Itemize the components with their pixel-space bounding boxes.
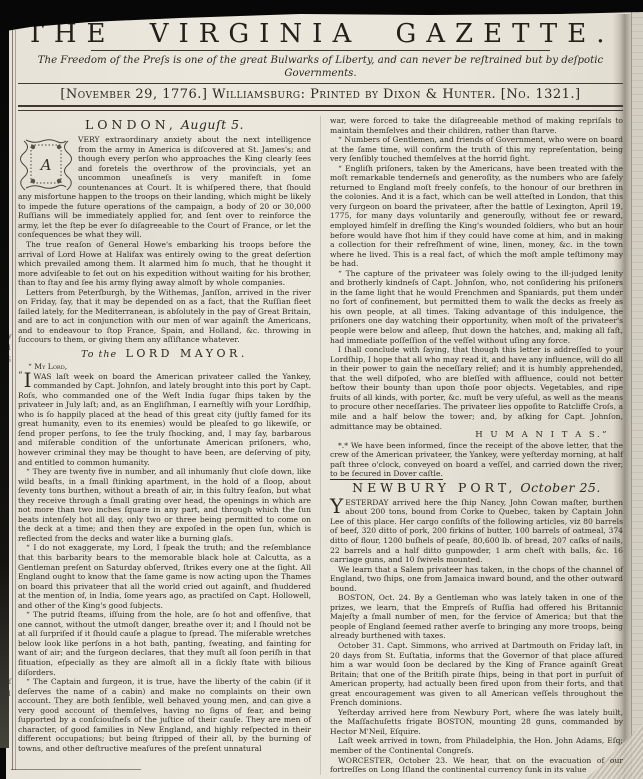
woodcut-initial-icon: A bbox=[18, 136, 74, 192]
printed-border-left bbox=[12, 28, 13, 770]
paragraph: “ IWAS laſt week on board the American p… bbox=[18, 372, 311, 467]
dateline-date: October 25. bbox=[520, 480, 601, 495]
rule-under-title bbox=[91, 50, 551, 51]
paragraph: October 31. Capt. Simmons, who arrived a… bbox=[330, 641, 623, 708]
paragraph: I ſhall conclude with ſaying, that thoug… bbox=[330, 345, 623, 431]
paragraph: war, were forced to take the diſagreeabl… bbox=[330, 116, 623, 135]
left-column: LONDON, Auguſt 5. bbox=[18, 116, 311, 775]
page-edge bbox=[631, 4, 643, 779]
lord-mayor-heading: To the LORD MAYOR. bbox=[18, 347, 311, 361]
right-column: war, were forced to take the diſagreeabl… bbox=[330, 116, 623, 775]
body-columns: LONDON, Auguſt 5. bbox=[18, 116, 623, 775]
paragraph: WORCESTER, October 23. We hear, that on … bbox=[330, 756, 623, 775]
underlined-phrase: to be ſecured in Dover caſtle. bbox=[330, 469, 443, 480]
newbury-port-heading: NEWBURY PORT, October 25. bbox=[330, 480, 623, 496]
dateline-date: Auguſt 5. bbox=[181, 117, 244, 132]
paragraph: “ Engliſh priſoners, taken by the Americ… bbox=[330, 164, 623, 269]
paragraph: We learn that a Salem privateer has take… bbox=[330, 565, 623, 594]
paragraph-text: *.* We have been informed, ſince the rec… bbox=[330, 441, 623, 469]
paragraph: “ I do not exaggerate, my Lord, I ſpeak … bbox=[18, 543, 311, 610]
double-rule bbox=[18, 105, 623, 111]
paragraph: A VERY extraordinary anxiety about the n… bbox=[18, 135, 311, 240]
dateline-place: LONDON, bbox=[85, 117, 177, 132]
letter-signature: H U M A N I T A S.” bbox=[330, 431, 623, 441]
scanner-background-left bbox=[0, 0, 9, 748]
masthead-dateline: [November 29, 1776.] Williamsburg: Print… bbox=[18, 87, 623, 102]
salutation: “ My Lord, bbox=[18, 362, 311, 372]
paragraph: “ The putrid ſteams, iſſuing from the ho… bbox=[18, 610, 311, 677]
heading-prefix: To the bbox=[81, 349, 117, 360]
paragraph-text: WAS laſt week on board the American priv… bbox=[18, 372, 311, 467]
paragraph: “ They are twenty five in number, and al… bbox=[18, 467, 311, 543]
rule bbox=[18, 83, 623, 84]
paragraph: *.* We have been informed, ſince the rec… bbox=[330, 441, 623, 479]
paragraph: Laſt week arrived in town, from Philadel… bbox=[330, 736, 623, 755]
paragraph: The true reaſon of General Howe's embark… bbox=[18, 240, 311, 288]
printed-content: THE VIRGINIA GAZETTE. The Freedom of the… bbox=[18, 14, 623, 775]
paragraph: Yeſterday arrived here from Newbury Port… bbox=[330, 708, 623, 737]
dropcap-initial: I bbox=[24, 372, 34, 389]
paragraph: BOSTON, Oct. 24. By a Gentleman who was … bbox=[330, 593, 623, 641]
printed-border-left-inner bbox=[15, 30, 16, 770]
paragraph: “ The capture of the privateer was ſolel… bbox=[330, 269, 623, 345]
masthead-motto: The Freedom of the Preſs is one of the g… bbox=[18, 54, 623, 80]
dateline-place: NEWBURY PORT, bbox=[352, 480, 516, 495]
london-heading: LONDON, Auguſt 5. bbox=[18, 117, 311, 133]
dropcap-initial: Y bbox=[330, 498, 345, 515]
svg-text:A: A bbox=[39, 156, 52, 174]
paragraph-text: ESTERDAY arrived here the ſhip Nancy, Jo… bbox=[330, 498, 623, 564]
column-divider bbox=[320, 116, 321, 775]
heading-addressee: LORD MAYOR. bbox=[126, 347, 248, 360]
paragraph: Letters from Peterſburgh, by the Withema… bbox=[18, 288, 311, 345]
masthead-title: THE VIRGINIA GAZETTE. bbox=[18, 19, 623, 49]
paragraph: YESTERDAY arrived here the ſhip Nancy, J… bbox=[330, 498, 623, 565]
paragraph: “ Numbers of Gentlemen, and friends of G… bbox=[330, 135, 623, 164]
paragraph: “ The Captain and ſurgeon, it is true, h… bbox=[18, 677, 311, 753]
